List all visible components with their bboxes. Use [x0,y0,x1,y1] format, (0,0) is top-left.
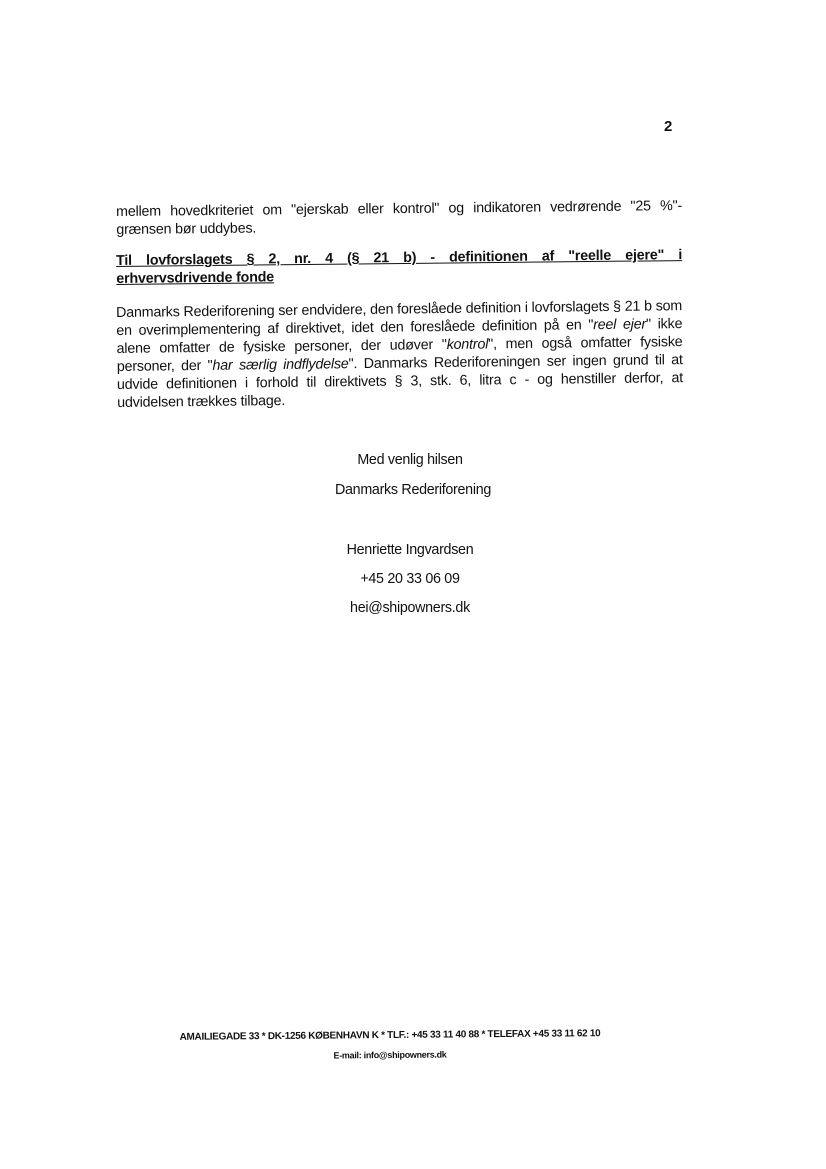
footer-email: E-mail: info@shipowners.dk [140,1048,640,1062]
footer-address: AMAILIEGADE 33 * DK-1256 KØBENHAVN K * T… [140,1028,640,1043]
emphasis-kontrol: kontrol [447,336,489,353]
signature-name: Henriette Ingvardsen [300,542,520,558]
page-number: 2 [664,118,672,135]
emphasis-reel-ejer: reel ejer [593,317,646,334]
signature-closing: Med venlig hilsen [300,452,520,468]
paragraph-intro: mellem hovedkriteriet om "ejerskab eller… [116,197,682,239]
signature-phone: +45 20 33 06 09 [300,571,520,587]
signature-organization: Danmarks Rederiforening [288,482,538,498]
paragraph-definition: Danmarks Rederiforening ser endvidere, d… [116,297,683,412]
section-heading: Til lovforslagets § 2, nr. 4 (§ 21 b) - … [116,246,682,288]
emphasis-saerlig-indflydelse: har særlig indflydelse [212,356,348,374]
signature-email: hei@shipowners.dk [300,600,520,616]
